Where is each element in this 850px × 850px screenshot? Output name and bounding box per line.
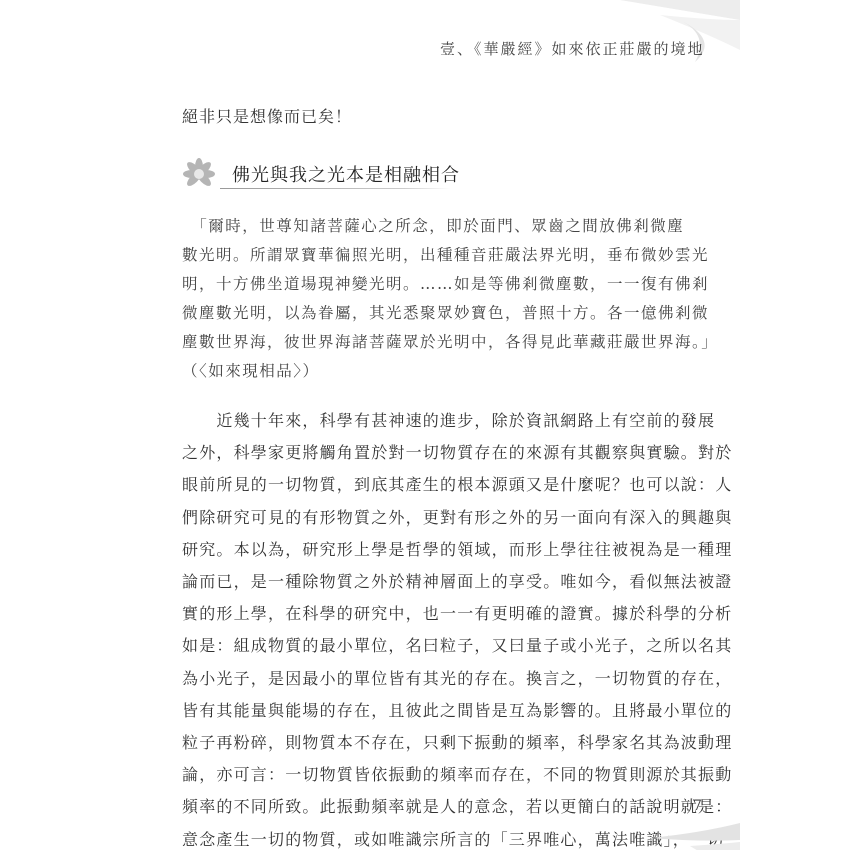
section-heading: 佛光與我之光本是相融相合: [182, 155, 442, 195]
footer-swoosh-decoration: [650, 818, 745, 850]
body-line: 研究。本以為，研究形上學是哲學的領域，而形上學往往被視為是一種理: [182, 534, 687, 566]
quote-line: 微塵數光明，以為眷屬，其光悉聚眾妙寶色，普照十方。各一億佛剎微: [182, 299, 687, 328]
lotus-icon: [182, 157, 216, 191]
body-paragraph: 近幾十年來，科學有甚神速的進步，除於資訊網路上有空前的發展 之外，科學家更將觸角…: [182, 405, 687, 850]
body-line: 實的形上學，在科學的研究中，也一一有更明確的證實。據於科學的分析: [182, 598, 687, 630]
body-line: 論而已，是一種除物質之外於精神層面上的享受。唯如今，看似無法被證: [182, 566, 687, 598]
body-line: 之外，科學家更將觸角置於對一切物質存在的來源有其觀察與實驗。對於: [182, 437, 687, 469]
body-line: 們除研究可見的有形物質之外，更對有形之外的另一面向有深入的興趣與: [182, 502, 687, 534]
body-line: 近幾十年來，科學有甚神速的進步，除於資訊網路上有空前的發展: [182, 405, 687, 437]
sutra-quote: 「爾時，世尊知諸菩薩心之所念，即於面門、眾齒之間放佛剎微塵 數光明。所謂眾寶華徧…: [182, 212, 687, 386]
quote-line: 塵數世界海，彼世界海諸菩薩眾於光明中，各得見此華藏莊嚴世界海。」: [182, 328, 687, 357]
quote-line: 「爾時，世尊知諸菩薩心之所念，即於面門、眾齒之間放佛剎微塵: [182, 212, 687, 241]
quote-line: 明，十方佛坐道場現神變光明。……如是等佛剎微塵數，一一復有佛剎: [182, 270, 687, 299]
quote-source: （〈如來現相品〉）: [182, 357, 687, 386]
body-line: 頻率的不同所致。此振動頻率就是人的意念，若以更簡白的話說明就是：: [182, 791, 687, 823]
body-line: 粒子再粉碎，則物質本不存在，只剩下振動的頻率，科學家名其為波動理: [182, 727, 687, 759]
body-line: 皆有其能量與能場的存在，且彼此之間皆是互為影響的。且將最小單位的: [182, 695, 687, 727]
corner-swoosh-decoration: [560, 0, 750, 70]
body-line: 論，亦可言：一切物質皆依振動的頻率而存在，不同的物質則源於其振動: [182, 759, 687, 791]
book-page: 壹、《華嚴經》如來依正莊嚴的境地 絕非只是想像而已矣！ 佛光與我之光本是相融相合…: [0, 0, 740, 850]
body-line: 為小光子，是因最小的單位皆有其光的存在。換言之，一切物質的存在，: [182, 663, 687, 695]
quote-line: 數光明。所謂眾寶華徧照光明，出種種音莊嚴法界光明，垂布微妙雲光: [182, 241, 687, 270]
body-line: 眼前所見的一切物質，到底其產生的根本源頭又是什麼呢？也可以說：人: [182, 469, 687, 501]
section-title: 佛光與我之光本是相融相合: [232, 161, 460, 187]
page-number: 7: [693, 798, 702, 814]
lead-text: 絕非只是想像而已矣！: [182, 104, 352, 127]
body-line: 如是：組成物質的最小單位，名曰粒子，又曰量子或小光子，之所以名其: [182, 630, 687, 662]
running-head: 壹、《華嚴經》如來依正莊嚴的境地: [440, 38, 705, 59]
heading-underline: [220, 188, 450, 189]
body-line: 意念產生一切的物質，或如唯識宗所言的「三界唯心，萬法唯識」，一切: [182, 824, 687, 850]
